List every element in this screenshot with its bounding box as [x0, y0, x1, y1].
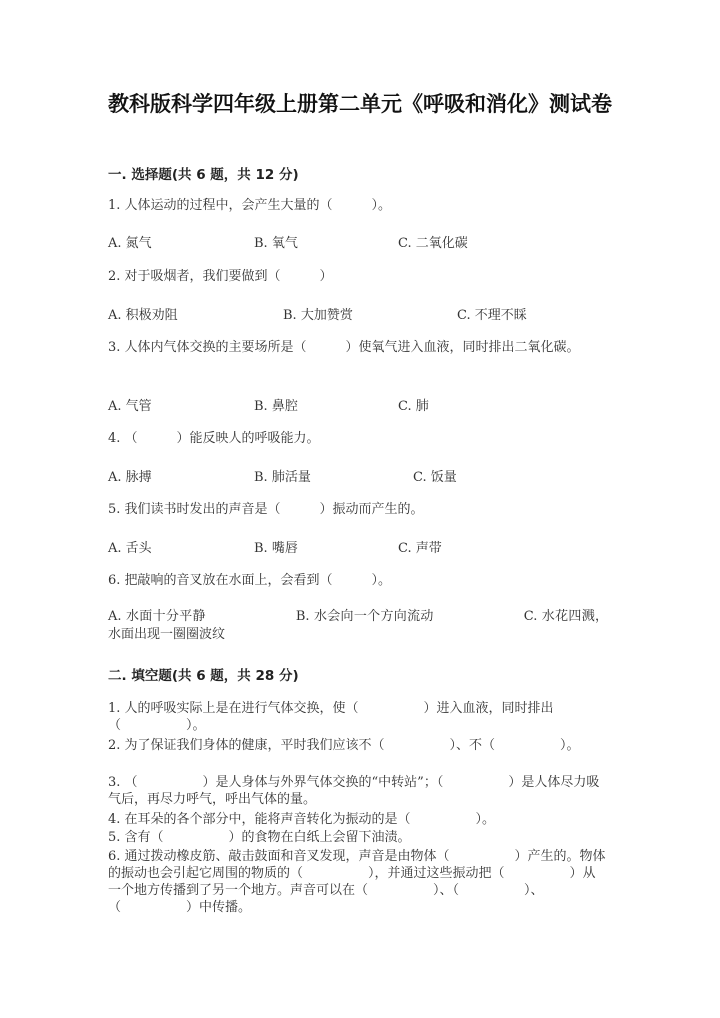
- option-c: C. 声带: [398, 537, 442, 556]
- option-b: B. 水会向一个方向流动: [296, 609, 434, 624]
- option-b: B. 鼻腔: [254, 395, 298, 414]
- option-a: A. 水面十分平静: [108, 609, 206, 624]
- option-c: C. 不理不睬: [457, 304, 527, 323]
- option-a: A. 气管: [108, 395, 152, 414]
- choice-question-2: 2. 对于吸烟者，我们要做到（ ）: [108, 268, 608, 286]
- section-heading-choice: 一. 选择题(共 6 题，共 12 分): [108, 163, 299, 183]
- fill-question-4: 4. 在耳朵的各个部分中，能将声音转化为振动的是（ ）。: [108, 811, 606, 828]
- choice-options-1: A. 氮气 B. 氧气 C. 二氧化碳: [108, 232, 608, 250]
- choice-question-1: 1. 人体运动的过程中，会产生大量的（ ）。: [108, 197, 608, 215]
- fill-question-1: 1. 人的呼吸实际上是在进行气体交换，使（ ）进入血液，同时排出（ ）。: [108, 700, 606, 734]
- choice-options-5: A. 舌头 B. 嘴唇 C. 声带: [108, 537, 608, 555]
- option-c: C. 饭量: [413, 466, 457, 485]
- option-b: B. 肺活量: [254, 466, 311, 485]
- option-a: A. 积极劝阻: [108, 304, 178, 323]
- choice-question-5: 5. 我们读书时发出的声音是（ ）振动而产生的。: [108, 501, 608, 519]
- option-b: B. 大加赞赏: [283, 304, 353, 323]
- option-c: C. 二氧化碳: [398, 232, 468, 251]
- option-b: B. 嘴唇: [254, 537, 298, 556]
- option-c: C. 肺: [398, 395, 429, 414]
- fill-question-3: 3. （ ）是人身体与外界气体交换的“中转站”；（ ）是人体尽力吸气后，再尽力呼…: [108, 774, 606, 808]
- exam-page: 教科版科学四年级上册第二单元《呼吸和消化》测试卷 一. 选择题(共 6 题，共 …: [0, 0, 720, 1018]
- choice-question-3: 3. 人体内气体交换的主要场所是（ ）使氧气进入血液，同时排出二氧化碳。: [108, 339, 608, 357]
- option-a: A. 氮气: [108, 232, 152, 251]
- choice-options-2: A. 积极劝阻 B. 大加赞赏 C. 不理不睬: [108, 304, 608, 322]
- option-a: A. 舌头: [108, 537, 152, 556]
- page-title: 教科版科学四年级上册第二单元《呼吸和消化》测试卷: [100, 88, 620, 120]
- choice-question-4: 4. （ ）能反映人的呼吸能力。: [108, 430, 608, 448]
- option-a: A. 脉搏: [108, 466, 152, 485]
- section-heading-fill: 二. 填空题(共 6 题，共 28 分): [108, 664, 299, 684]
- fill-question-2: 2. 为了保证我们身体的健康，平时我们应该不（ ）、不（ ）。: [108, 737, 606, 754]
- fill-question-5: 5. 含有（ ）的食物在白纸上会留下油渍。: [108, 829, 606, 846]
- choice-options-6: A. 水面十分平静B. 水会向一个方向流动C. 水花四溅，水面出现一圈圈波纹: [108, 608, 608, 644]
- fill-question-6: 6. 通过拨动橡皮筋、敲击鼓面和音叉发现，声音是由物体（ ）产生的。物体的振动也…: [108, 848, 606, 916]
- choice-options-3: A. 气管 B. 鼻腔 C. 肺: [108, 395, 608, 413]
- choice-question-6: 6. 把敲响的音叉放在水面上，会看到（ ）。: [108, 572, 608, 590]
- option-b: B. 氧气: [254, 232, 298, 251]
- choice-options-4: A. 脉搏 B. 肺活量 C. 饭量: [108, 466, 608, 484]
